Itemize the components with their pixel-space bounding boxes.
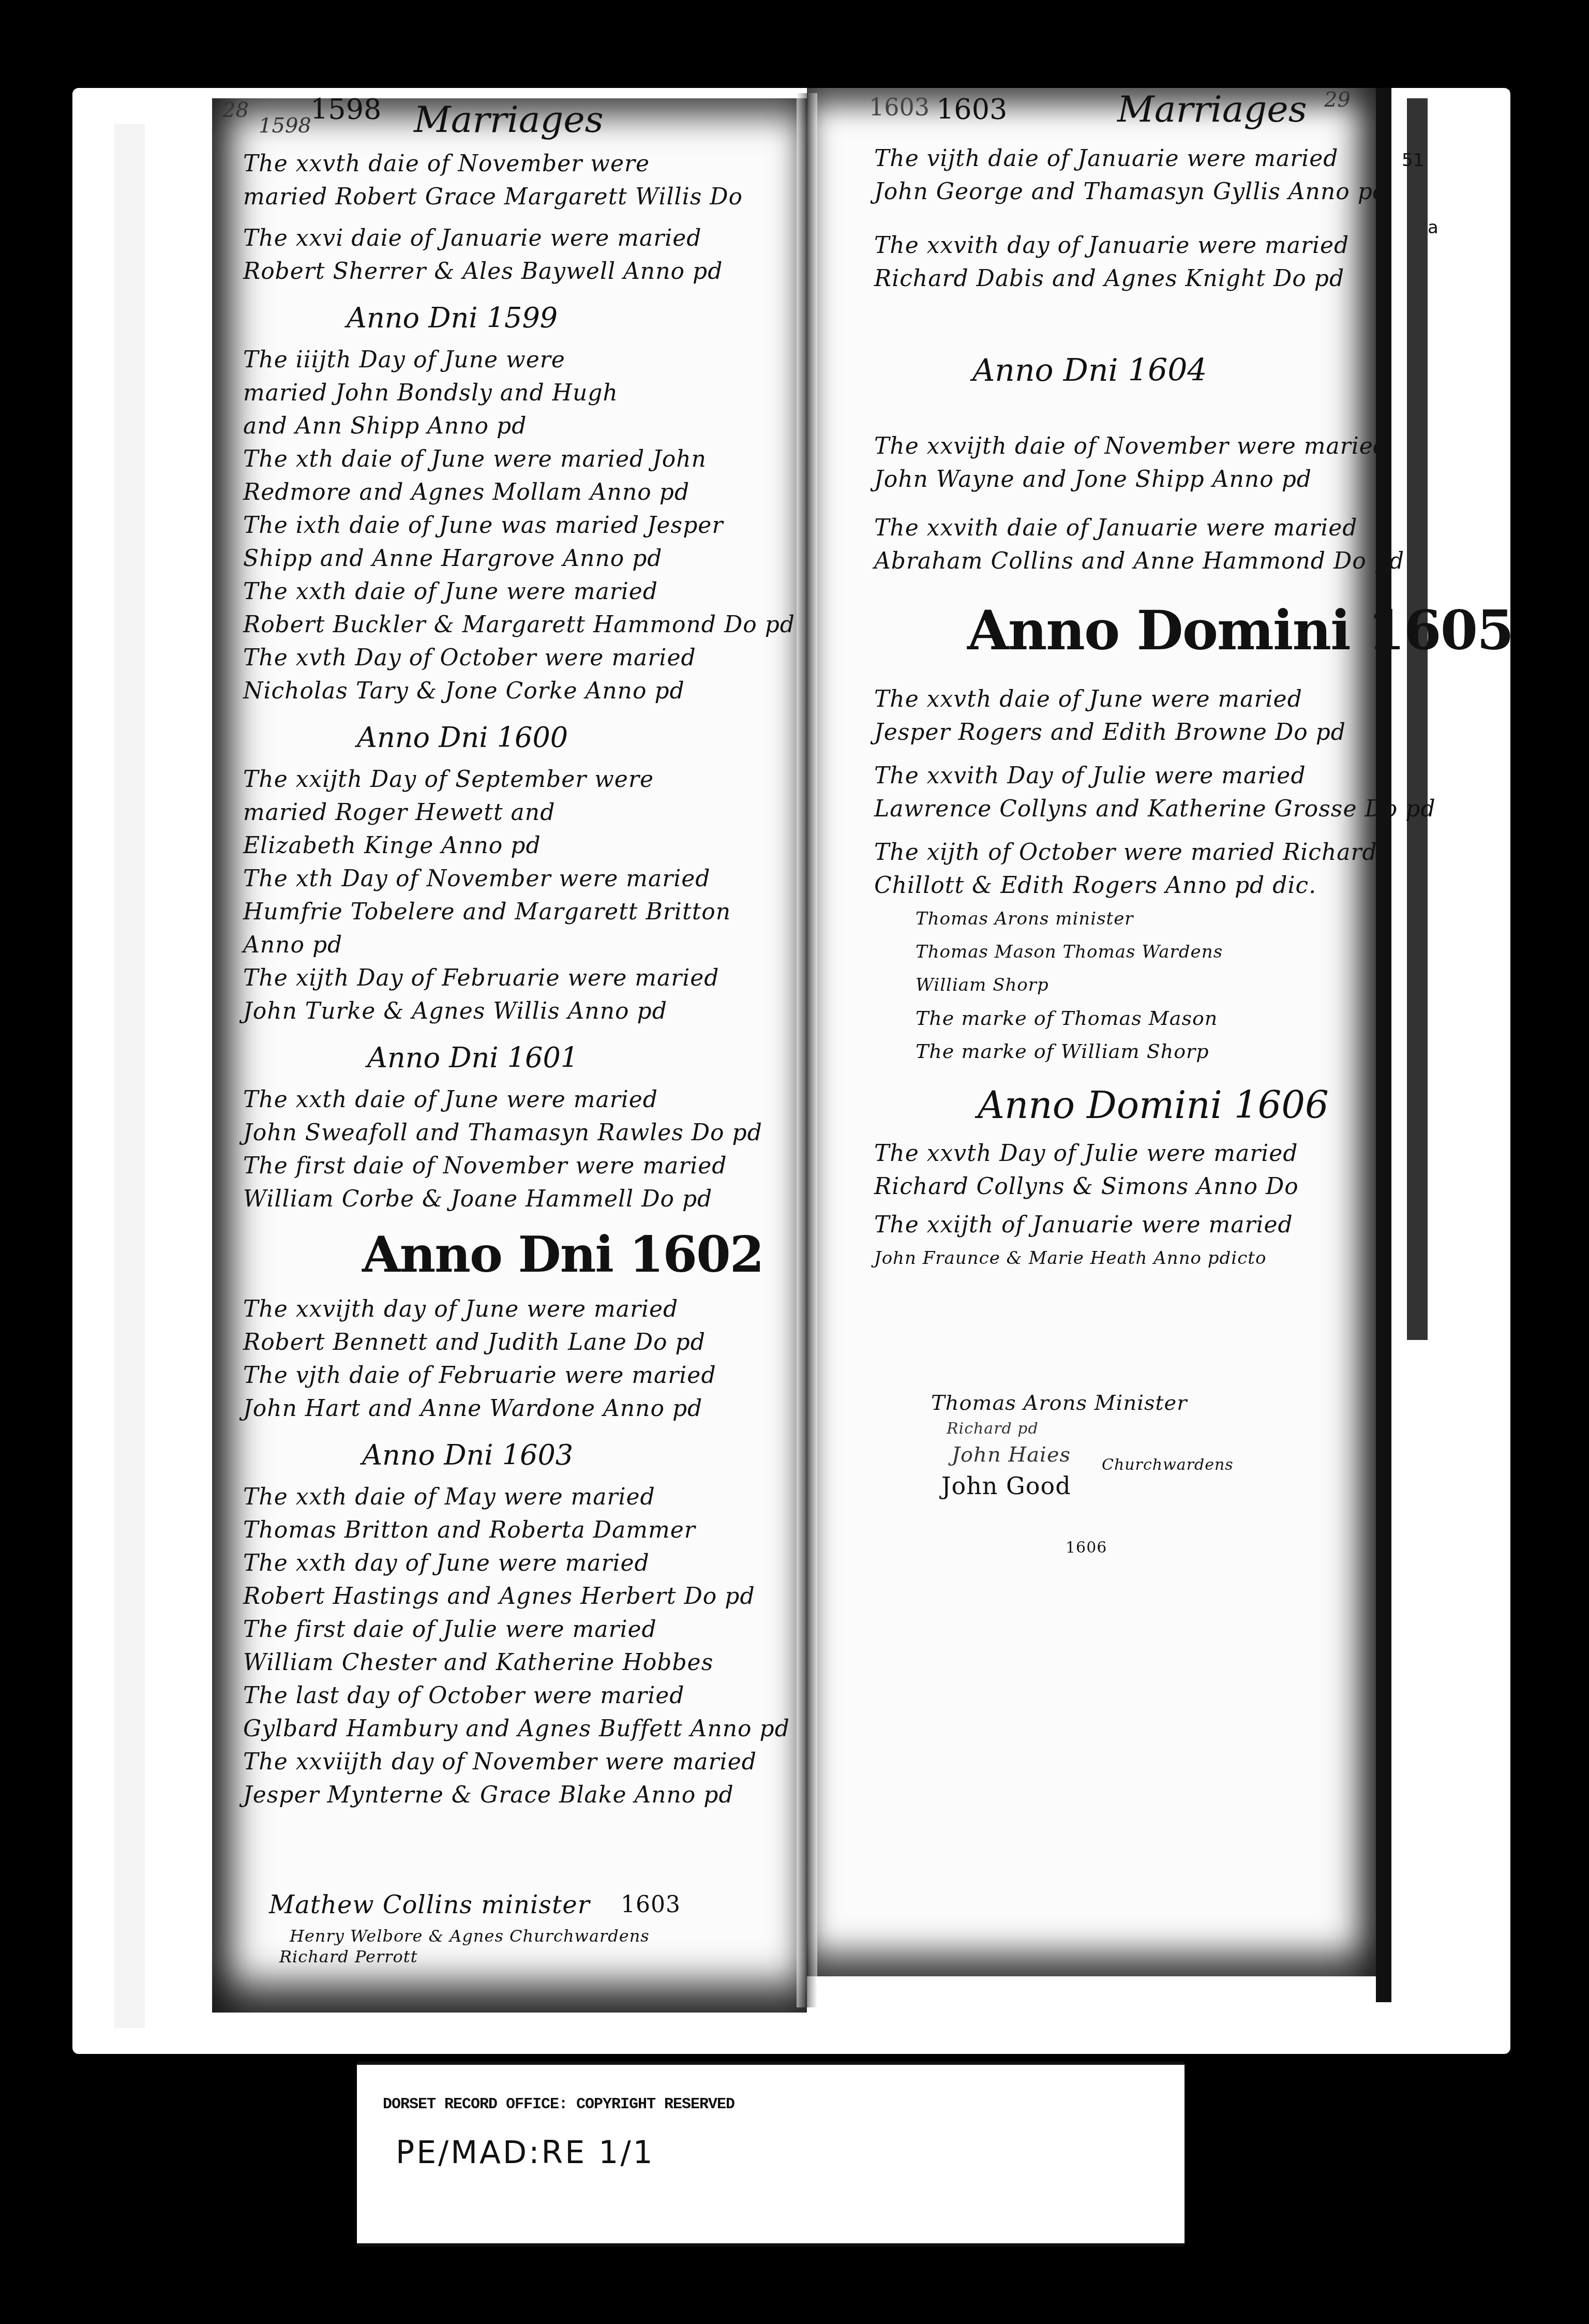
entry-block: The xxvth Day of Julie were maried Richa… (874, 1137, 1381, 1275)
entry-block: The xxijth Day of September were maried … (243, 763, 791, 1028)
section-heading-1602: Anno Dni 1602 (362, 1225, 791, 1284)
right-folio-number: 29 (1324, 88, 1351, 112)
entry-line: Anno pd (243, 929, 791, 962)
entry-line: John Turke & Agnes Willis Anno pd (243, 995, 791, 1028)
entry-line: Richard Dabis and Agnes Knight Do pd (874, 262, 1381, 295)
entry-block: The xxth daie of June were maried John S… (243, 1083, 791, 1216)
left-header-year: 1598 (310, 93, 381, 126)
edge-tab-a: a (1428, 217, 1438, 238)
entry-line: The xth daie of June were maried John (243, 443, 791, 476)
entry-line: The first daie of November were maried (243, 1150, 791, 1183)
entry-line: Chillott & Edith Rogers Anno pd dic. (874, 869, 1381, 902)
book-fore-edge-shadow (1407, 98, 1428, 1340)
entry-line: The vjth daie of Februarie were maried (243, 1359, 791, 1392)
entry-line: maried John Bondsly and Hugh (243, 377, 791, 410)
section-heading-1599: Anno Dni 1599 (347, 302, 791, 334)
entry-block: The iiijth Day of June were maried John … (243, 344, 791, 708)
section-heading-1601: Anno Dni 1601 (367, 1041, 791, 1074)
entry-line: Shipp and Anne Hargrove Anno pd (243, 542, 791, 575)
entry-line: Humfrie Tobelere and Margarett Britton (243, 896, 791, 929)
entry-line: Jesper Mynterne & Grace Blake Anno pd (243, 1779, 791, 1812)
entry-line: Thomas Arons minister (916, 902, 1381, 935)
section-heading-1606: Anno Domini 1606 (978, 1083, 1381, 1127)
section-heading-1604: Anno Dni 1604 (972, 352, 1381, 389)
right-header-title: Marriages (1117, 88, 1307, 130)
entry-line: William Corbe & Joane Hammell Do pd (243, 1183, 791, 1216)
entry-line: Elizabeth Kinge Anno pd (243, 829, 791, 862)
copyright-notice: DORSET RECORD OFFICE: COPYRIGHT RESERVED (383, 2096, 734, 2113)
entry-line: Lawrence Collyns and Katherine Grosse Do… (874, 793, 1381, 826)
entry-line: The iiijth Day of June were (243, 344, 791, 377)
entry-block: The xxvth daie of November were maried R… (243, 147, 791, 288)
entry-block: The xxvth daie of June were maried Jespe… (874, 683, 1381, 1068)
entry-line: The xxviijth day of November were maried (243, 1746, 791, 1779)
entry-line: maried Roger Hewett and (243, 796, 791, 829)
entry-line: John George and Thamasyn Gyllis Anno pd (874, 175, 1381, 208)
right-signature-churchwardens: Churchwardens (1102, 1449, 1234, 1482)
entry-line: The xxvi daie of Januarie were maried (243, 222, 791, 255)
entry-line: Jesper Rogers and Edith Browne Do pd (874, 716, 1381, 749)
entry-line: The xxth day of June were maried (243, 1547, 791, 1580)
entry-line: The last day of October were maried (243, 1679, 791, 1712)
entry-line: John Fraunce & Marie Heath Anno pdicto (874, 1242, 1381, 1275)
entry-line: William Chester and Katherine Hobbes (243, 1646, 791, 1679)
entry-line: The xxth daie of June were maried (243, 1083, 791, 1116)
entry-line: The xxvith Day of Julie were maried (874, 759, 1381, 793)
entry-line: and Ann Shipp Anno pd (243, 410, 791, 443)
right-header-year-old: 1603 (869, 93, 930, 121)
page-edge (114, 124, 145, 2028)
entry-line: The xxvith day of Januarie were maried (874, 229, 1381, 262)
archive-label-card: DORSET RECORD OFFICE: COPYRIGHT RESERVED… (357, 2062, 1185, 2246)
section-heading-1603: Anno Dni 1603 (362, 1439, 791, 1471)
entry-line: The xxijth of Januarie were maried (874, 1209, 1381, 1242)
entry-line: The xxvth daie of June were maried (874, 683, 1381, 716)
entry-line: The vijth daie of Januarie were maried (874, 142, 1381, 175)
entry-line: Nicholas Tary & Jone Corke Anno pd (243, 675, 791, 708)
entry-block: The xxth daie of May were maried Thomas … (243, 1481, 791, 1812)
right-signature-john-good: John Good (941, 1469, 1071, 1502)
entry-line: Robert Hastings and Agnes Herbert Do pd (243, 1580, 791, 1613)
edge-tab-51: 51 (1402, 150, 1424, 171)
entry-line: Redmore and Agnes Mollam Anno pd (243, 476, 791, 509)
entry-line: Robert Buckler & Margarett Hammond Do pd (243, 608, 791, 642)
left-header-title: Marriages (414, 98, 604, 141)
entry-line: Thomas Britton and Roberta Dammer (243, 1514, 791, 1547)
entry-line: The xxvijth day of June were maried (243, 1293, 791, 1326)
left-footer-year: 1603 (621, 1888, 681, 1921)
entry-line: John Wayne and Jone Shipp Anno pd (874, 463, 1381, 496)
section-heading-1605: Anno Domini 1605 (967, 599, 1381, 662)
right-footer-year: 1606 (1066, 1531, 1107, 1565)
archive-reference: PE/MAD:RE 1/1 (396, 2135, 655, 2171)
entry-line: The xxvth daie of November were (243, 147, 791, 181)
entry-line: William Shorp (916, 969, 1381, 1002)
entry-line: The xxth daie of May were maried (243, 1481, 791, 1514)
entry-line: John Sweafoll and Thamasyn Rawles Do pd (243, 1116, 791, 1150)
book-gutter (797, 93, 817, 2007)
entry-line: The xijth Day of Februarie were maried (243, 962, 791, 995)
entry-line: The xth Day of November were maried (243, 862, 791, 896)
left-pencil-year: 1598 (259, 114, 311, 138)
entry-line: The marke of Thomas Mason (916, 1002, 1381, 1035)
right-header-year: 1603 (936, 93, 1007, 126)
entry-line: The xxvijth daie of November were maried (874, 430, 1381, 463)
entry-line: Abraham Collins and Anne Hammond Do pd (874, 545, 1381, 578)
right-signature-john-haies: John Haies (952, 1438, 1071, 1471)
entry-line: The first daie of Julie were maried (243, 1613, 791, 1646)
left-signature-minister: Mathew Collins minister (269, 1888, 590, 1921)
entry-line: The xxijth Day of September were (243, 763, 791, 796)
entry-block: The vijth daie of Januarie were maried J… (874, 142, 1381, 295)
right-page-entries: The vijth daie of Januarie were maried J… (874, 142, 1381, 1275)
entry-line: John Hart and Anne Wardone Anno pd (243, 1392, 791, 1425)
entry-line: The xvth Day of October were maried (243, 642, 791, 675)
entry-line: The xxvth Day of Julie were maried (874, 1137, 1381, 1170)
entry-line: The xxvith daie of Januarie were maried (874, 512, 1381, 545)
entry-line: Thomas Mason Thomas Wardens (916, 935, 1381, 969)
entry-block: The xxvijth day of June were maried Robe… (243, 1293, 791, 1425)
entry-block: The xxvijth daie of November were maried… (874, 430, 1381, 578)
left-signature-witness: Richard Perrott (279, 1940, 418, 1973)
entry-line: The xijth of October were maried Richard (874, 836, 1381, 869)
entry-line: Richard Collyns & Simons Anno Do (874, 1170, 1381, 1203)
left-page-entries: The xxvth daie of November were maried R… (243, 147, 791, 1812)
entry-line: The marke of William Shorp (916, 1035, 1381, 1068)
entry-line: The xxth daie of June were maried (243, 575, 791, 608)
entry-line: The ixth daie of June was maried Jesper (243, 509, 791, 542)
section-heading-1600: Anno Dni 1600 (357, 721, 791, 754)
entry-line: Gylbard Hambury and Agnes Buffett Anno p… (243, 1712, 791, 1746)
entry-line: maried Robert Grace Margarett Willis Do (243, 181, 791, 214)
entry-line: Robert Sherrer & Ales Baywell Anno pd (243, 255, 791, 288)
left-folio-number: 28 (222, 98, 249, 122)
entry-line: Robert Bennett and Judith Lane Do pd (243, 1326, 791, 1359)
